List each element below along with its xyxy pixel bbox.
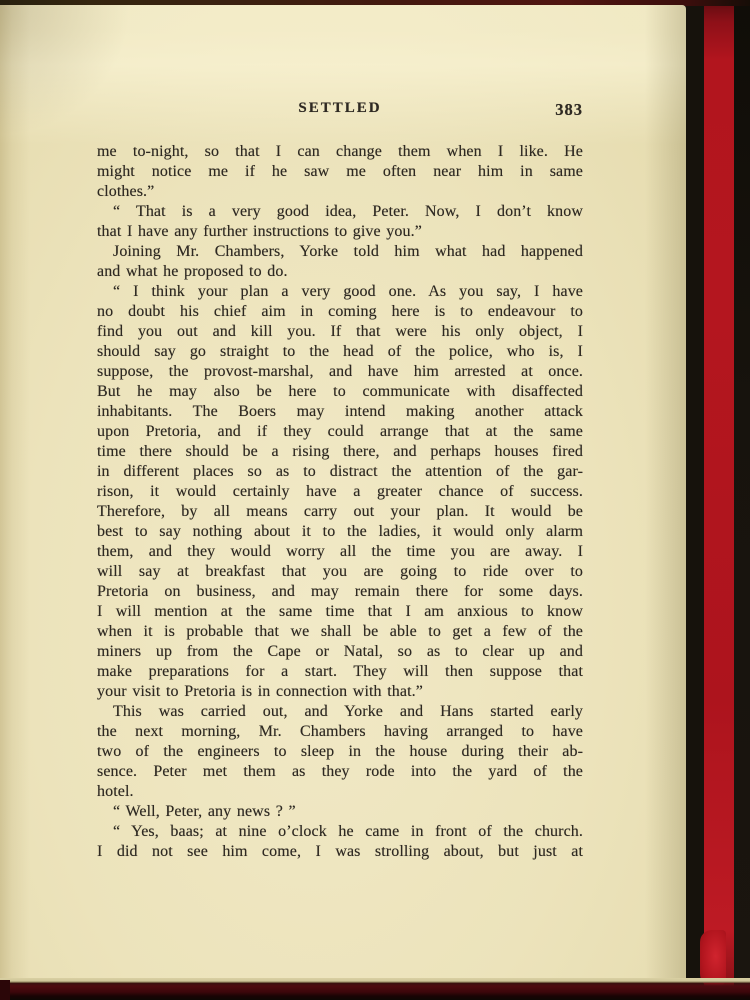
- text-line: no doubt his chief aim in coming here is…: [97, 302, 583, 322]
- scanned-book-photo: SETTLED 383 me to-night, so that I can c…: [0, 0, 750, 1000]
- text-line: and what he proposed to do.: [97, 262, 583, 282]
- text-line: suppose, the provost-marshal, and have h…: [97, 362, 583, 382]
- text-line: me to-night, so that I can change them w…: [97, 142, 583, 162]
- text-line: miners up from the Cape or Natal, so as …: [97, 642, 583, 662]
- text-line: the next morning, Mr. Chambers having ar…: [97, 722, 583, 742]
- running-title: SETTLED: [97, 100, 583, 117]
- text-line: sence. Peter met them as they rode into …: [97, 762, 583, 782]
- text-line: when it is probable that we shall be abl…: [97, 622, 583, 642]
- text-line: “ I think your plan a very good one. As …: [97, 282, 583, 302]
- text-line: in different places so as to distract th…: [97, 462, 583, 482]
- book-cover-red-cloth: [704, 0, 734, 1000]
- text-line: Pretoria on business, and may remain the…: [97, 582, 583, 602]
- text-line: hotel.: [97, 782, 583, 802]
- text-line: This was carried out, and Yorke and Hans…: [97, 702, 583, 722]
- text-line: Joining Mr. Chambers, Yorke told him wha…: [97, 242, 583, 262]
- text-line: time there should be a rising there, and…: [97, 442, 583, 462]
- text-line: make preparations for a start. They will…: [97, 662, 583, 682]
- page-number: 383: [555, 100, 583, 120]
- text-block: me to-night, so that I can change them w…: [97, 142, 583, 862]
- book-bottom-edge: [0, 978, 750, 1000]
- text-line: But he may also be here to communicate w…: [97, 382, 583, 402]
- text-line: best to say nothing about it to the ladi…: [97, 522, 583, 542]
- text-line: them, and they would worry all the time …: [97, 542, 583, 562]
- text-line: “ Yes, baas; at nine o’clock he came in …: [97, 822, 583, 842]
- text-line: upon Pretoria, and if they could arrange…: [97, 422, 583, 442]
- page-fore-edge-stack: [684, 4, 706, 986]
- text-line: I will mention at the same time that I a…: [97, 602, 583, 622]
- book-page: SETTLED 383 me to-night, so that I can c…: [0, 5, 686, 982]
- text-line: rison, it would certainly have a greater…: [97, 482, 583, 502]
- text-line: Therefore, by all means carry out your p…: [97, 502, 583, 522]
- text-line: that I have any further instructions to …: [97, 222, 583, 242]
- text-line: “ That is a very good idea, Peter. Now, …: [97, 202, 583, 222]
- text-line: your visit to Pretoria is in connection …: [97, 682, 583, 702]
- text-line: find you out and kill you. If that were …: [97, 322, 583, 342]
- book-bottom-edge-left: [0, 980, 10, 1000]
- text-line: two of the engineers to sleep in the hou…: [97, 742, 583, 762]
- text-line: will say at breakfast that you are going…: [97, 562, 583, 582]
- page-header: SETTLED 383: [97, 100, 583, 122]
- text-line: inhabitants. The Boers may intend making…: [97, 402, 583, 422]
- text-line: I did not see him come, I was strolling …: [97, 842, 583, 862]
- text-line: clothes.”: [97, 182, 583, 202]
- text-line: might notice me if he saw me often near …: [97, 162, 583, 182]
- text-line: “ Well, Peter, any news ? ”: [97, 802, 583, 822]
- text-line: should say go straight to the head of th…: [97, 342, 583, 362]
